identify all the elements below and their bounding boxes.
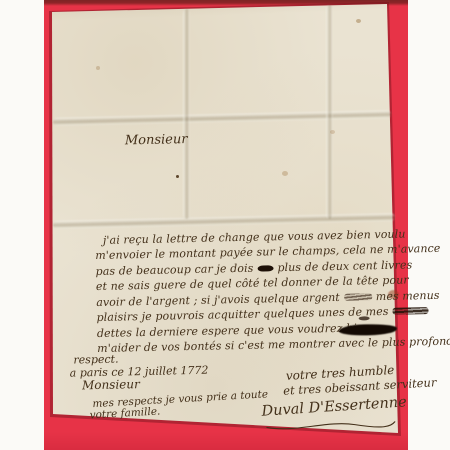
handwriting-layer: Monsieur j'ai reçu la lettre de change q… <box>0 0 450 450</box>
struck-through-word <box>393 307 429 315</box>
salutation: Monsieur <box>125 132 188 148</box>
small-ink-mark <box>359 316 370 320</box>
ink-blot-crossed-word <box>257 265 273 271</box>
scribbled-out-word <box>344 293 372 301</box>
body-line-3-text-a: pas de beaucoup car je dois <box>95 262 253 278</box>
body-line-9: respect. <box>73 353 118 367</box>
signature: Duval D'Essertenne <box>261 394 407 419</box>
body-line-5-text-b: mes menus <box>376 289 440 303</box>
body-line-3-text-b: plus de deux cent livres <box>277 258 412 274</box>
postscript-line-2: votre famille. <box>89 405 160 421</box>
large-ink-blot <box>339 324 397 336</box>
second-salutation: Monsieur <box>82 377 140 392</box>
signature-flourish <box>265 418 397 433</box>
letter-photo: Monsieur j'ai reçu la lettre de change q… <box>0 0 450 450</box>
